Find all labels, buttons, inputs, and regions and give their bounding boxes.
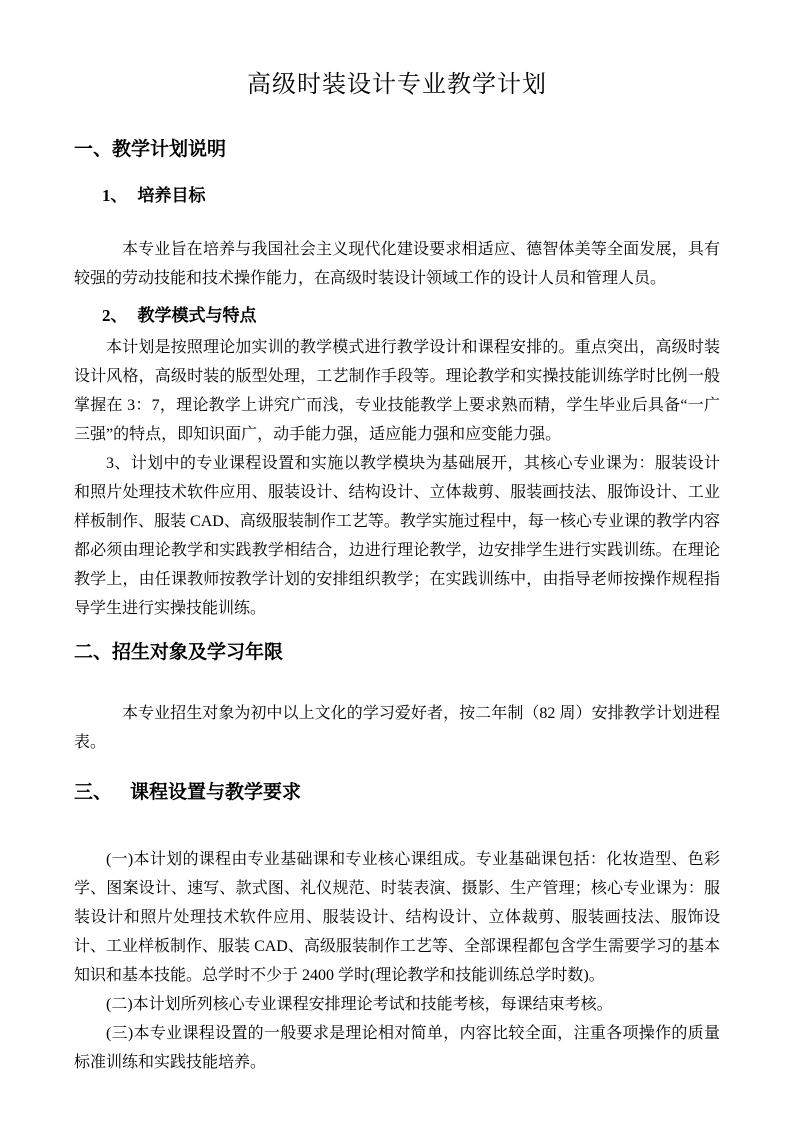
subheading-teaching-mode: 2、教学模式与特点 [74,305,720,327]
document-title: 高级时装设计专业教学计划 [74,0,720,100]
document-page: 高级时装设计专业教学计划 一、教学计划说明 1、培养目标 本专业旨在培养与我国社… [0,0,794,1123]
heading-label: 课程设置与教学要求 [130,782,301,803]
paragraph-course-assessment: (二)本计划所列核心专业课程安排理论考试和技能考核，每课结束考核。 [74,990,720,1019]
subheading-number: 2、 [102,306,128,325]
subheading-label: 培养目标 [138,186,206,205]
subheading-label: 教学模式与特点 [138,306,257,325]
section-heading-three: 三、课程设置与教学要求 [74,781,720,805]
paragraph-teaching-mode: 本计划是按照理论加实训的教学模式进行教学设计和课程安排的。重点突出，高级时装设计… [74,333,720,449]
subheading-number: 1、 [102,186,128,205]
subheading-training-goal: 1、培养目标 [74,185,720,207]
paragraph-course-composition: (一)本计划的课程由专业基础课和专业核心课组成。专业基础课包括：化妆造型、色彩学… [74,845,720,990]
paragraph-course-requirements: (三)本专业课程设置的一般要求是理论相对简单，内容比较全面，注重各项操作的质量标… [74,1019,720,1077]
paragraph-enrollment: 本专业招生对象为初中以上文化的学习爱好者，按二年制（82 周）安排教学计划进程表… [74,699,720,757]
section-heading-one: 一、教学计划说明 [74,138,720,162]
heading-number: 三、 [74,782,112,803]
section-heading-two: 二、招生对象及学习年限 [74,641,720,665]
paragraph-training-goal: 本专业旨在培养与我国社会主义现代化建设要求相适应、德智体美等全面发展，具有较强的… [74,235,720,293]
paragraph-curriculum-modules: 3、计划中的专业课程设置和实施以教学模块为基础展开，其核心专业课为：服装设计和照… [74,449,720,623]
